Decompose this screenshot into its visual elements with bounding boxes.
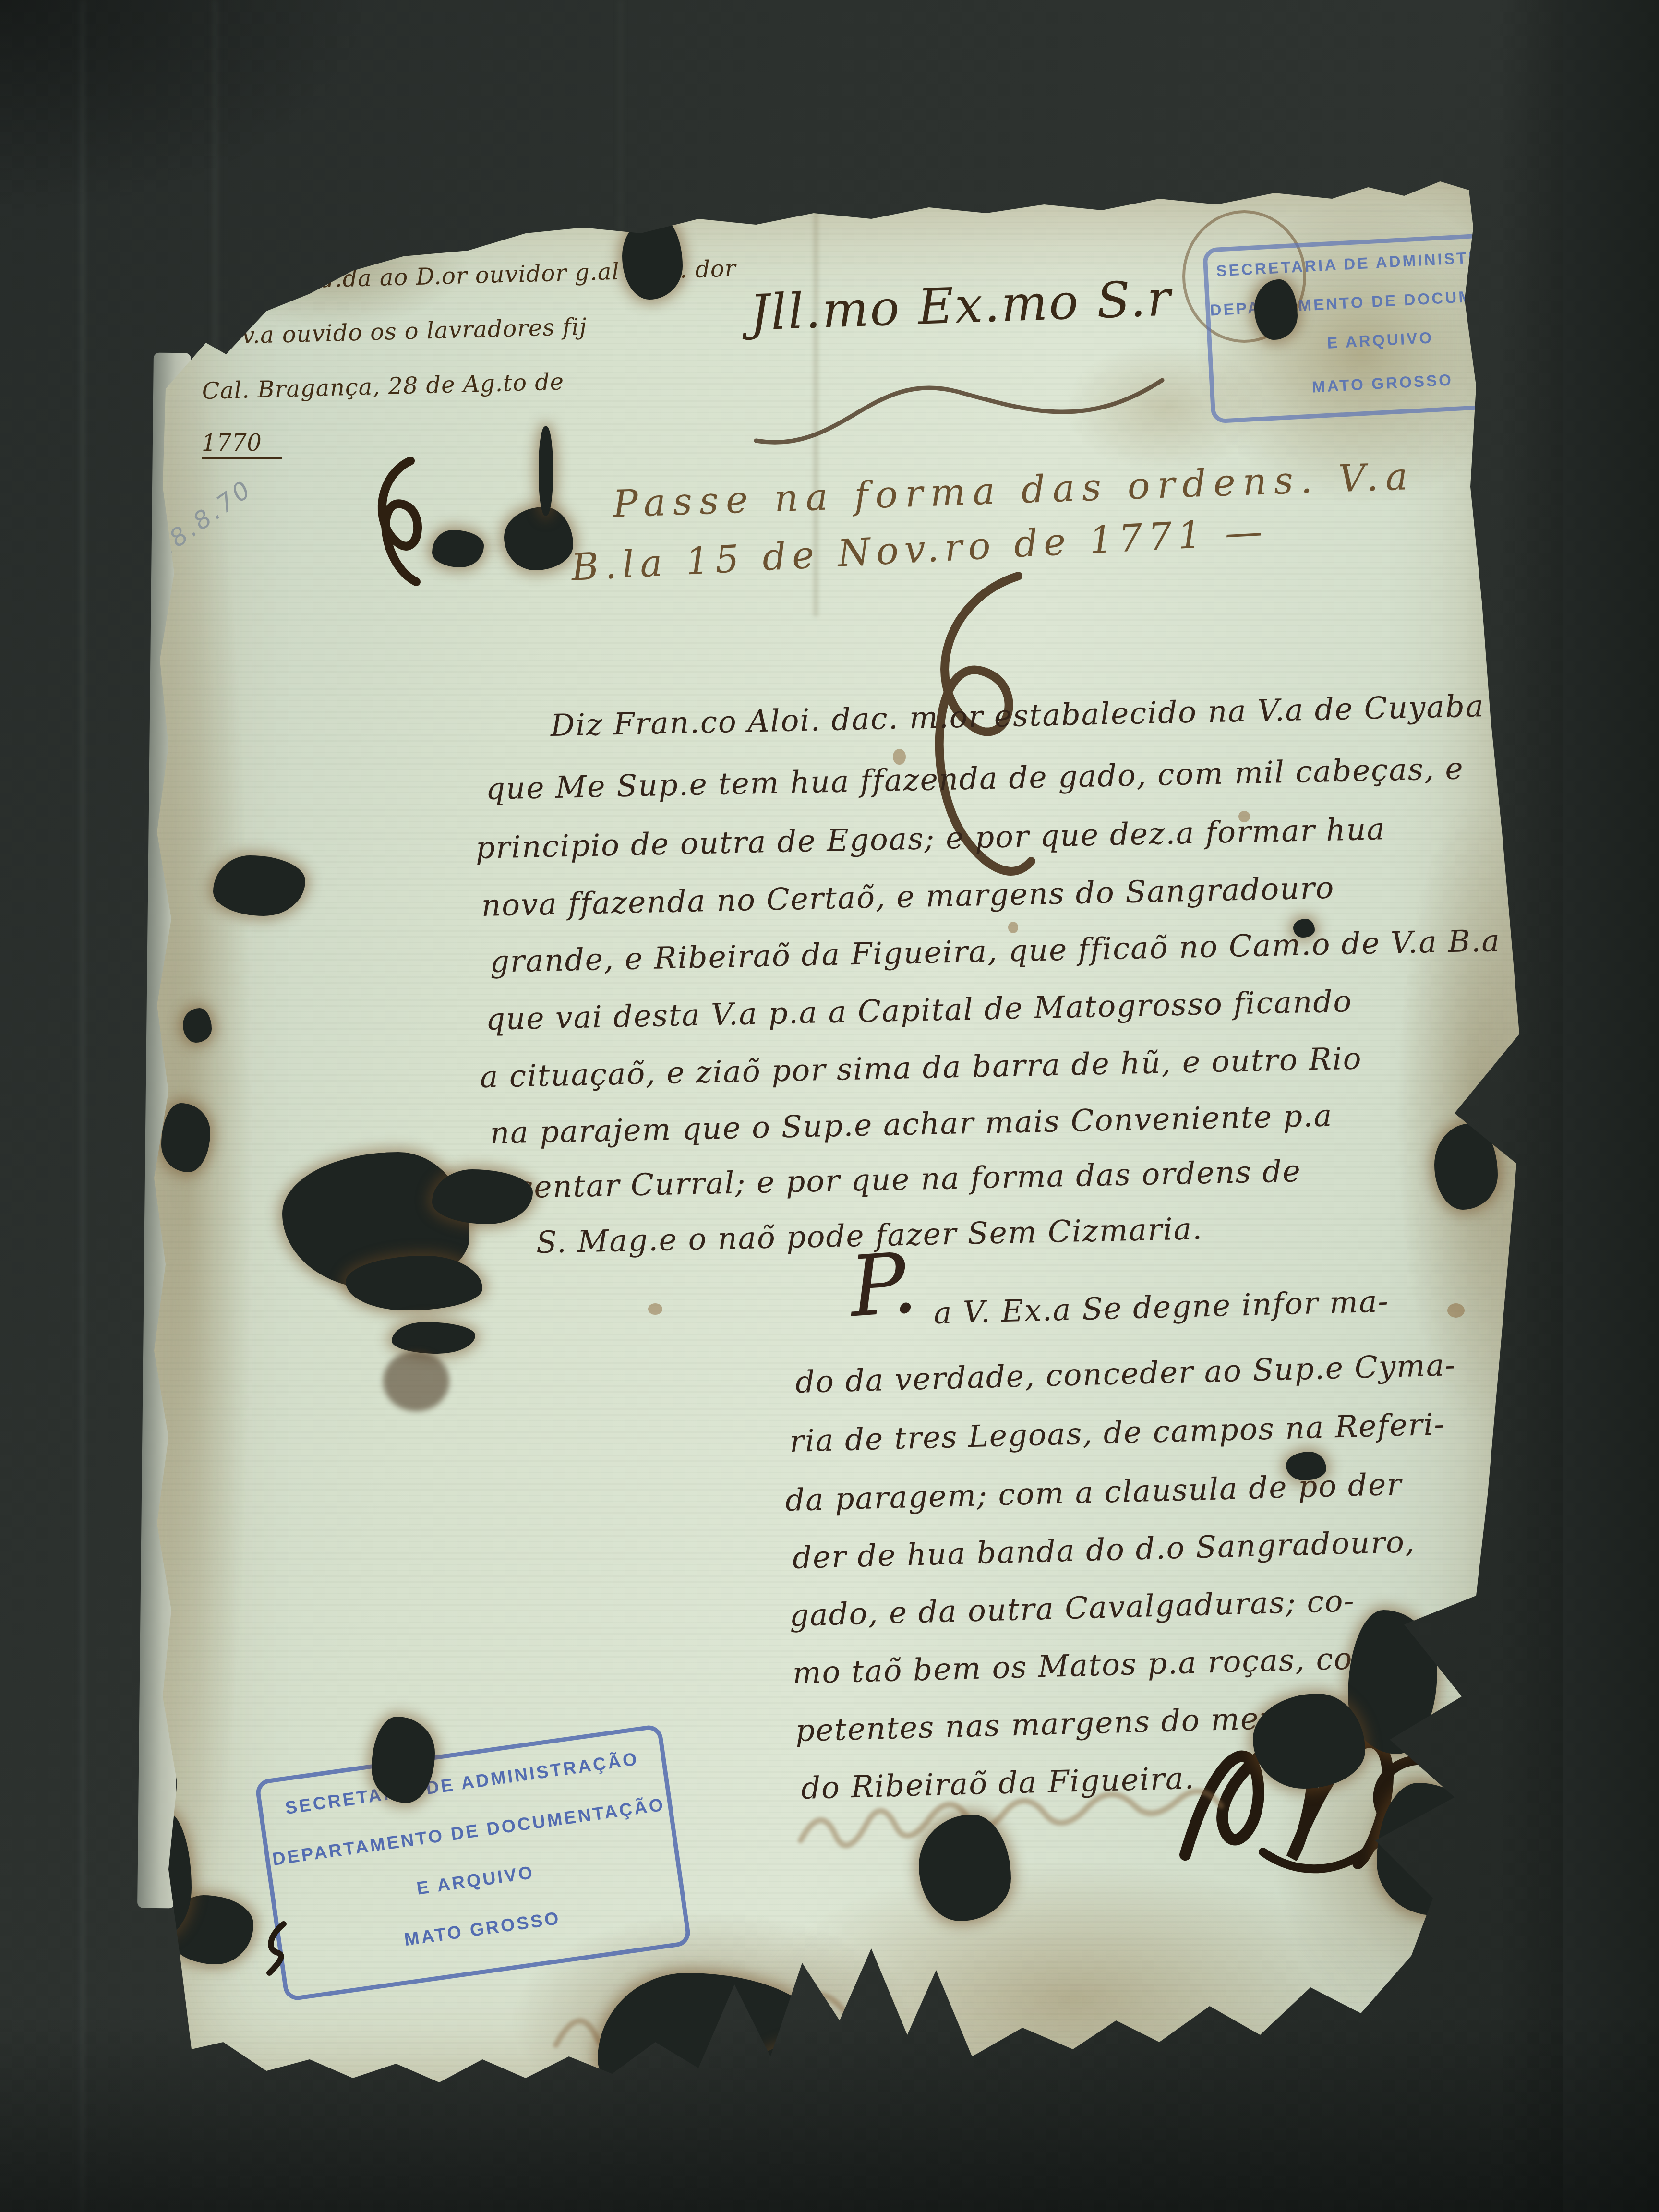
ink-blot: [504, 507, 573, 570]
edge-tear: [1253, 1694, 1365, 1789]
backdrop-corner-shadow: [0, 0, 374, 216]
request-initial: P.: [847, 1234, 921, 1336]
edge-tear: [1377, 1783, 1480, 1915]
bleedthrough-script-mark: [792, 1783, 1267, 1869]
paper-hole: [213, 855, 305, 916]
stamp-line: SECRETARIA DE ADMINISTRAÇÃO: [1208, 246, 1545, 281]
foxing-spot: [1447, 1303, 1465, 1318]
salutation-swash-flourish: [742, 354, 1174, 455]
foxing-spot: [1008, 922, 1018, 933]
foxing-spot: [648, 1303, 662, 1315]
backdrop-fold-line: [81, 0, 85, 2212]
ink-blot: [622, 216, 683, 300]
ink-blot: [392, 1322, 475, 1354]
ink-drip: [539, 426, 553, 516]
ink-blot: [432, 530, 484, 567]
backdrop-right-band: [1563, 0, 1659, 2212]
annotation-year: 1770: [202, 429, 282, 459]
fingerprint-smudge: [383, 1351, 449, 1411]
edge-tear: [1434, 1123, 1498, 1210]
ink-blot: [1286, 1452, 1326, 1480]
document-paper: Respond.da ao D.or ouvidor g.al Prov. do…: [137, 170, 1541, 2121]
governor-rubric-flourish: [881, 565, 1069, 910]
ink-blot: [1293, 919, 1315, 938]
backdrop-fold-line: [619, 0, 622, 259]
photo-background: Respond.da ao D.or ouvidor g.al Prov. do…: [0, 0, 1659, 2212]
paper-hole: [183, 1008, 212, 1043]
photo-scale-wrapper: Respond.da ao D.or ouvidor g.al Prov. do…: [0, 0, 1659, 2212]
paper-hole: [372, 1717, 435, 1803]
paper-hole: [1254, 279, 1298, 340]
paper-hole: [161, 1103, 210, 1172]
annotation-paraph-flourish: [353, 452, 445, 590]
paper-hole: [346, 1256, 482, 1310]
paper-hole: [919, 1815, 1011, 1921]
paper-hole: [432, 1169, 533, 1224]
ink-pen-mark: [258, 1918, 295, 1979]
